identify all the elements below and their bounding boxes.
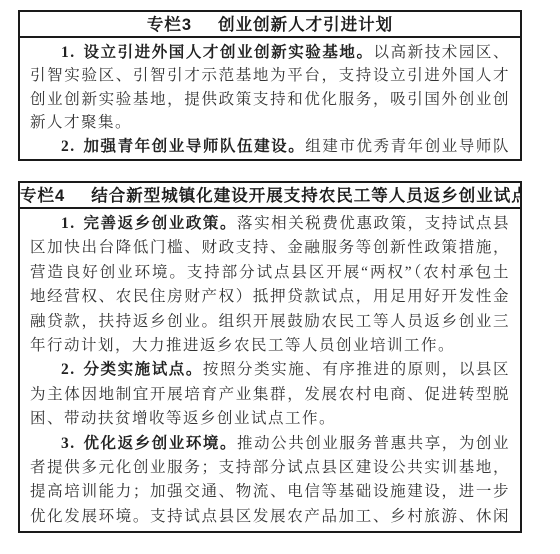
paragraph-number: 2. [61,138,76,155]
panel-4-title: 结合新型城镇化建设开展支持农民工等人员返乡创业试点 [91,187,520,205]
panel-4-body: 1.完善返乡创业政策。落实相关税费优惠政策，支持试点县区加快出台降低门槛、财政支… [20,209,520,533]
paragraph-number: 1. [61,215,76,232]
paragraph-lead: 完善返乡创业政策。 [83,215,237,232]
panel-4-header: 专栏4结合新型城镇化建设开展支持农民工等人员返乡创业试点 [20,183,520,209]
column-panel-3: 专栏3创业创新人才引进计划 1.设立引进外国人才创业创新实验基地。以高新技术园区… [18,10,522,161]
paragraph: 1.设立引进外国人才创业创新实验基地。以高新技术园区、引智实验区、引智引才示范基… [30,41,510,135]
panel-3-header: 专栏3创业创新人才引进计划 [20,12,520,38]
panel-4-label: 专栏4 [20,187,65,205]
paragraph-number: 2. [61,361,76,378]
paragraph: 3.优化返乡创业环境。推动公共创业服务普惠共享，为创业者提供多元化创业服务；支持… [30,432,510,533]
paragraph: 2.加强青年创业导师队伍建设。组建市优秀青年创业导师队伍，为来我市创业青年提供政… [30,135,510,161]
paragraph-lead: 分类实施试点。 [83,361,203,378]
paragraph-number: 3. [61,435,76,452]
paragraph-number: 1. [61,44,76,61]
paragraph-lead: 加强青年创业导师队伍建设。 [83,138,305,155]
panel-3-title: 创业创新人才引进计划 [218,16,393,34]
paragraph: 2.分类实施试点。按照分类实施、有序推进的原则，以县区为主体因地制宜开展培育产业… [30,358,510,431]
page-root: 专栏3创业创新人才引进计划 1.设立引进外国人才创业创新实验基地。以高新技术园区… [0,0,560,554]
column-panel-4: 专栏4结合新型城镇化建设开展支持农民工等人员返乡创业试点 1.完善返乡创业政策。… [18,181,522,533]
paragraph-lead: 优化返乡创业环境。 [83,435,237,452]
panel-3-label: 专栏3 [147,16,192,34]
paragraph-text: 落实相关税费优惠政策，支持试点县区加快出台降低门槛、财政支持、金融服务等创新性政… [30,215,510,354]
panel-3-body: 1.设立引进外国人才创业创新实验基地。以高新技术园区、引智实验区、引智引才示范基… [20,38,520,161]
paragraph: 1.完善返乡创业政策。落实相关税费优惠政策，支持试点县区加快出台降低门槛、财政支… [30,212,510,358]
paragraph-lead: 设立引进外国人才创业创新实验基地。 [83,44,373,61]
